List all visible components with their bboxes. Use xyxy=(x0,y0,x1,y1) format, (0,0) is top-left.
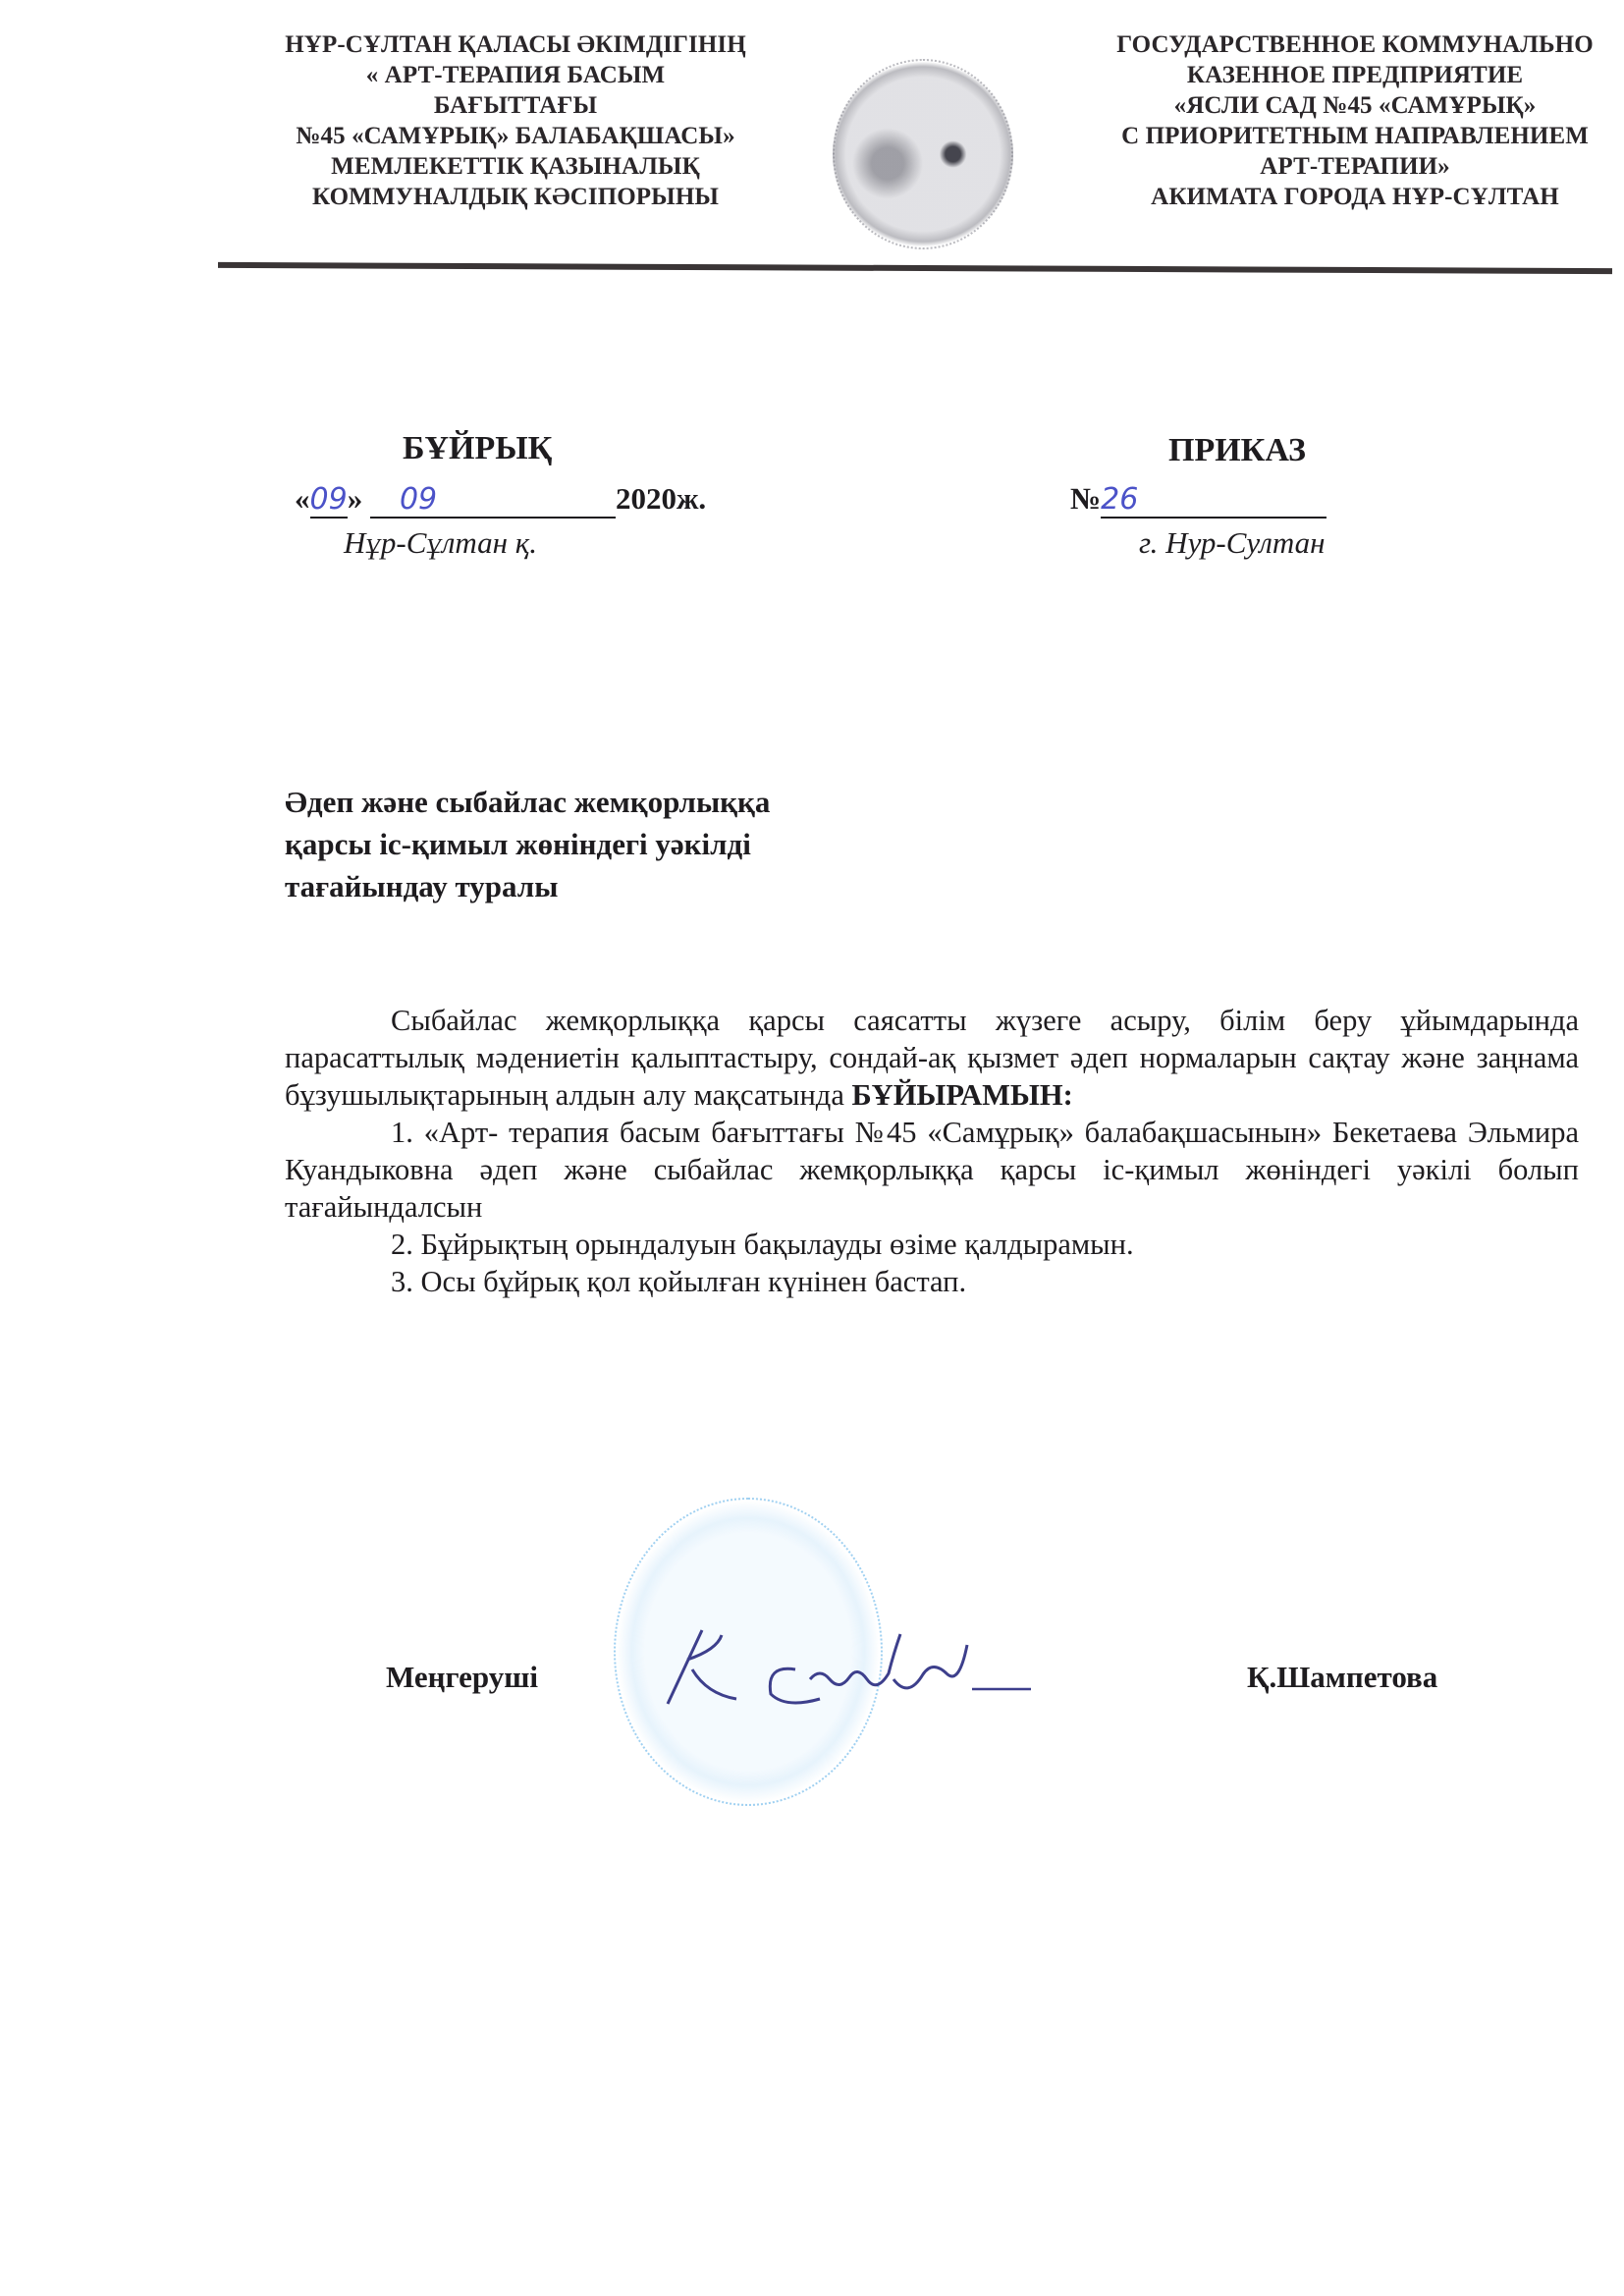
date-year: 2020ж. xyxy=(616,481,706,516)
header-line: КАЗЕННОЕ ПРЕДПРИЯТИЕ xyxy=(1060,60,1624,90)
quote-open: « xyxy=(295,481,310,516)
header-line: МЕМЛЕКЕТТІК ҚАЗЫНАЛЫҚ xyxy=(231,151,800,182)
header-line: « АРТ-ТЕРАПИЯ БАСЫМ xyxy=(231,60,800,90)
subject-line: қарсы іс-қимыл жөніндегі уәкілді xyxy=(285,823,972,865)
order-item: 2. Бұйрықтың орындалуын бақылауды өзіме … xyxy=(285,1226,1579,1263)
signatory-role: Меңгеруші xyxy=(386,1660,538,1695)
city-ru: г. Нур-Султан xyxy=(1139,525,1326,561)
order-title-ru: ПРИКАЗ xyxy=(1168,432,1306,469)
header-line: С ПРИОРИТЕТНЫМ НАПРАВЛЕНИЕМ xyxy=(1060,121,1624,151)
order-number: №26 xyxy=(1070,481,1326,519)
city-kz: Нұр-Сұлтан қ. xyxy=(344,525,537,561)
quote-close: » xyxy=(348,481,363,516)
preamble: Сыбайлас жемқорлыққа қарсы саясатты жүзе… xyxy=(285,1002,1579,1114)
emblem-seal-icon xyxy=(833,59,1013,249)
header-right-russian: ГОСУДАРСТВЕННОЕ КОММУНАЛЬНО КАЗЕННОЕ ПРЕ… xyxy=(1060,29,1624,212)
header-line: ГОСУДАРСТВЕННОЕ КОММУНАЛЬНО xyxy=(1060,29,1624,60)
header-line: №45 «САМҰРЫҚ» БАЛАБАҚШАСЫ» xyxy=(231,121,800,151)
number-value: 26 xyxy=(1101,482,1138,517)
handwritten-signature-icon xyxy=(648,1611,1159,1719)
header-left-kazakh: НҰР-СҰЛТАН ҚАЛАСЫ ӘКІМДІГІНІҢ « АРТ-ТЕРА… xyxy=(231,29,800,212)
header-line: «ЯСЛИ САД №45 «САМҰРЫҚ» xyxy=(1060,90,1624,121)
order-item: 3. Осы бұйрық қол қойылған күнінен баста… xyxy=(285,1263,1579,1300)
order-title-kz: БҰЙРЫҚ xyxy=(403,430,552,467)
date-month: 09 xyxy=(400,482,437,517)
subject-line: Әдеп және сыбайлас жемқорлыққа xyxy=(285,781,972,823)
signatory-name: Қ.Шампетова xyxy=(1247,1660,1437,1695)
header-line: НҰР-СҰЛТАН ҚАЛАСЫ ӘКІМДІГІНІҢ xyxy=(231,29,800,60)
order-item: 1. «Арт- терапия басым бағыттағы №45 «Са… xyxy=(285,1114,1579,1226)
order-subject: Әдеп және сыбайлас жемқорлыққа қарсы іс-… xyxy=(285,781,972,907)
number-prefix: № xyxy=(1070,481,1101,516)
subject-line: тағайындау туралы xyxy=(285,865,972,907)
header-line: АРТ-ТЕРАПИИ» xyxy=(1060,151,1624,182)
header-divider xyxy=(218,262,1612,274)
date-day: 09 xyxy=(310,482,348,517)
preamble-bold: БҰЙЫРАМЫН: xyxy=(852,1078,1073,1112)
order-date: «09» 092020ж. xyxy=(295,481,706,519)
order-body: Сыбайлас жемқорлыққа қарсы саясатты жүзе… xyxy=(285,1002,1579,1300)
header-line: КОММУНАЛДЫҚ КӘСІПОРЫНЫ xyxy=(231,182,800,212)
header-line: БАҒЫТТАҒЫ xyxy=(231,90,800,121)
header-line: АКИМАТА ГОРОДА НҰР-СҰЛТАН xyxy=(1060,182,1624,212)
